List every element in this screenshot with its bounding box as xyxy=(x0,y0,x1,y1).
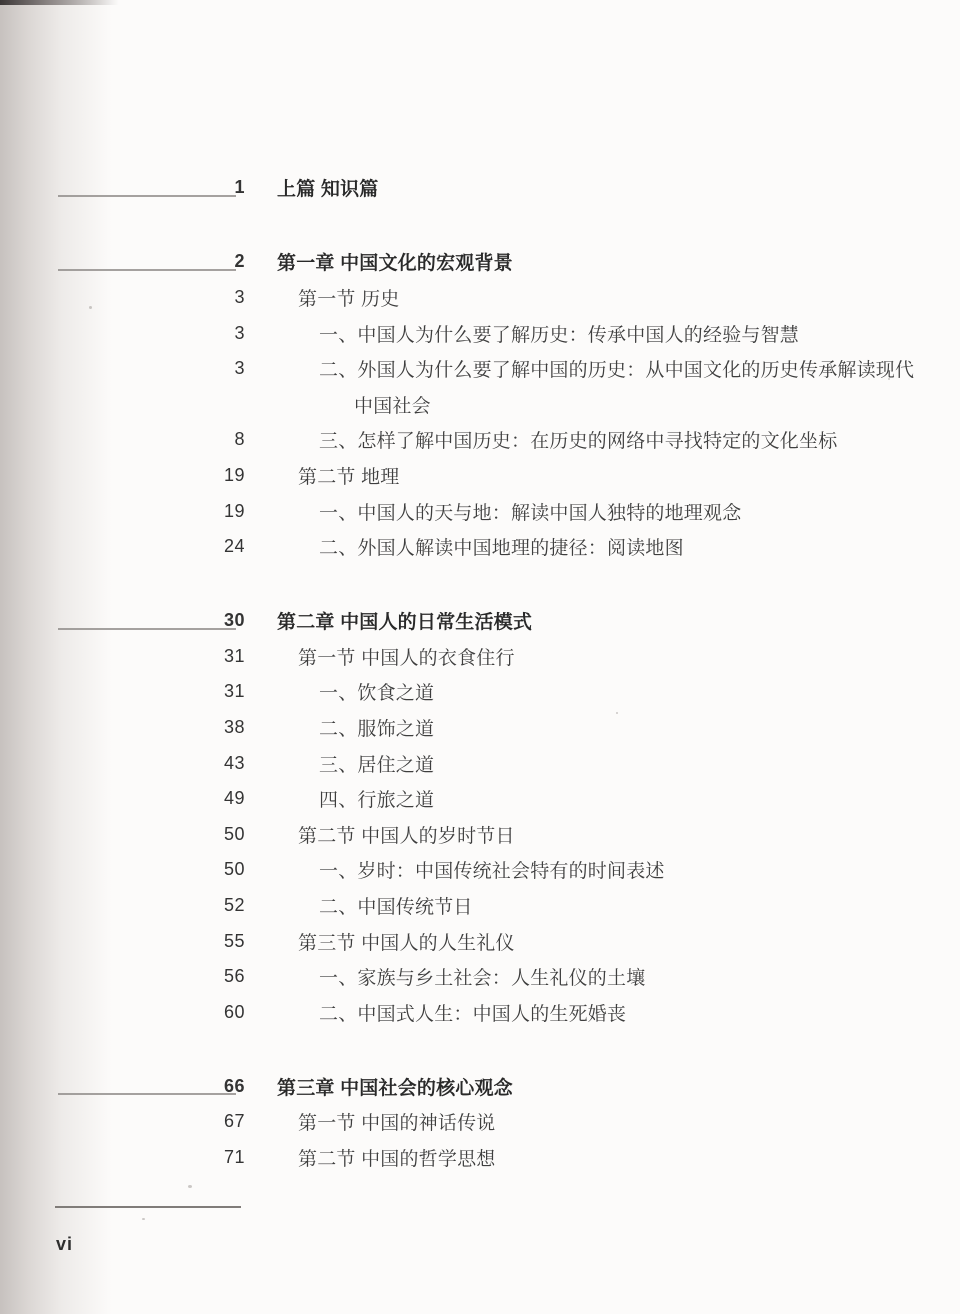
toc-page-number: 55 xyxy=(160,931,245,952)
toc-page-number: 31 xyxy=(160,681,245,702)
toc-page-number: 49 xyxy=(160,788,245,809)
toc-row: 60 二、中国式人生：中国人的生死婚丧 xyxy=(160,994,914,1030)
toc-page-number: 3 xyxy=(160,323,245,344)
toc-row: 50 第二节 中国人的岁时节日 xyxy=(160,817,914,853)
toc-page-number: 3 xyxy=(160,287,245,308)
toc-page-number: 19 xyxy=(160,501,245,522)
toc-entry-label: 第一节 历史 xyxy=(277,284,399,311)
toc-row: 30 第二章 中国人的日常生活模式 xyxy=(160,603,914,639)
toc-row: 66 第三章 中国社会的核心观念 xyxy=(160,1069,914,1105)
toc-entry-label: 二、服饰之道 xyxy=(277,714,434,741)
scan-speck xyxy=(142,1218,145,1220)
toc-entry-label: 三、居住之道 xyxy=(277,750,434,777)
toc-page-number: 3 xyxy=(160,358,245,379)
toc-entry-label: 三、怎样了解中国历史：在历史的网络中寻找特定的文化坐标 xyxy=(277,426,837,453)
toc-page-number: 56 xyxy=(160,966,245,987)
toc-page-number: 50 xyxy=(160,859,245,880)
toc-row: 1 上篇 知识篇 xyxy=(160,170,914,206)
toc-entry-label: 一、中国人为什么要了解历史：传承中国人的经验与智慧 xyxy=(277,320,799,347)
toc-entry-label: 四、行旅之道 xyxy=(277,785,434,812)
toc-row: 55 第三节 中国人的人生礼仪 xyxy=(160,923,914,959)
scan-speck xyxy=(89,306,92,309)
footer-page-number: vi xyxy=(56,1234,73,1255)
toc-entry-label: 一、岁时：中国传统社会特有的时间表述 xyxy=(277,856,665,883)
toc-page-number: 67 xyxy=(160,1111,245,1132)
toc-row: 31 一、饮食之道 xyxy=(160,674,914,710)
toc-entry-label: 二、外国人解读中国地理的捷径：阅读地图 xyxy=(277,533,684,560)
toc-entry-label: 一、家族与乡土社会：人生礼仪的土壤 xyxy=(277,963,645,990)
toc-row: 24 二、外国人解读中国地理的捷径：阅读地图 xyxy=(160,529,914,565)
toc-row: 50 一、岁时：中国传统社会特有的时间表述 xyxy=(160,852,914,888)
toc-entry-label: 第一节 中国人的衣食住行 xyxy=(277,643,515,670)
toc-entry-label: 第一节 中国的神话传说 xyxy=(277,1108,495,1135)
toc-row: 中国社会 xyxy=(160,386,914,422)
toc-page-number: 19 xyxy=(160,465,245,486)
toc-row: 43 三、居住之道 xyxy=(160,745,914,781)
toc-row: 52 二、中国传统节日 xyxy=(160,888,914,924)
toc-entry-label: 第三节 中国人的人生礼仪 xyxy=(277,928,515,955)
leader-line xyxy=(58,195,236,197)
toc-entry-label: 第二章 中国人的日常生活模式 xyxy=(277,607,532,634)
toc-entry-label: 第二节 中国的哲学思想 xyxy=(277,1144,495,1171)
toc-page-number: 31 xyxy=(160,646,245,667)
leader-line xyxy=(58,1093,236,1095)
toc-entry-label: 一、饮食之道 xyxy=(277,678,434,705)
leader-line xyxy=(58,628,236,630)
toc-page-number: 71 xyxy=(160,1147,245,1168)
toc-entry-label: 第三章 中国社会的核心观念 xyxy=(277,1073,513,1100)
toc-row: 49 四、行旅之道 xyxy=(160,781,914,817)
leader-line xyxy=(58,269,236,271)
toc-page-number: 8 xyxy=(160,429,245,450)
toc-page-number: 38 xyxy=(160,717,245,738)
toc-row: 19 第二节 地理 xyxy=(160,458,914,494)
toc-page-number: 24 xyxy=(160,536,245,557)
toc-row: 38 二、服饰之道 xyxy=(160,710,914,746)
toc-page-number: 52 xyxy=(160,895,245,916)
toc-entry-label: 二、中国传统节日 xyxy=(277,892,473,919)
toc-row: 3 一、中国人为什么要了解历史：传承中国人的经验与智慧 xyxy=(160,315,914,351)
toc-page-number: 60 xyxy=(160,1002,245,1023)
toc-entry-label: 第一章 中国文化的宏观背景 xyxy=(277,248,513,275)
toc-entry-label: 中国社会 xyxy=(277,391,431,418)
toc-entry-label: 上篇 知识篇 xyxy=(277,174,378,201)
toc-entry-label: 第二节 中国人的岁时节日 xyxy=(277,821,515,848)
toc-entry-label: 二、外国人为什么要了解中国的历史：从中国文化的历史传承解读现代 xyxy=(277,355,914,382)
toc-row: 71 第二节 中国的哲学思想 xyxy=(160,1140,914,1176)
toc-page-number: 43 xyxy=(160,753,245,774)
toc-page-number: 50 xyxy=(160,824,245,845)
toc-row: 19 一、中国人的天与地：解读中国人独特的地理观念 xyxy=(160,493,914,529)
toc-entry-label: 一、中国人的天与地：解读中国人独特的地理观念 xyxy=(277,498,741,525)
scan-left-shadow xyxy=(0,0,112,1314)
toc-row: 67 第一节 中国的神话传说 xyxy=(160,1104,914,1140)
toc-row: 2 第一章 中国文化的宏观背景 xyxy=(160,244,914,280)
toc-row: 31 第一节 中国人的衣食住行 xyxy=(160,639,914,675)
toc-list: 1 上篇 知识篇 2 第一章 中国文化的宏观背景 3 第一节 历史 3 一、中国… xyxy=(160,170,914,1175)
toc-row: 56 一、家族与乡土社会：人生礼仪的土壤 xyxy=(160,959,914,995)
toc-row: 3 二、外国人为什么要了解中国的历史：从中国文化的历史传承解读现代 xyxy=(160,351,914,387)
footer-rule xyxy=(55,1206,241,1208)
toc-entry-label: 第二节 地理 xyxy=(277,462,399,489)
toc-row: 8 三、怎样了解中国历史：在历史的网络中寻找特定的文化坐标 xyxy=(160,422,914,458)
scan-speck xyxy=(188,1185,192,1188)
toc-row: 3 第一节 历史 xyxy=(160,280,914,316)
toc-entry-label: 二、中国式人生：中国人的生死婚丧 xyxy=(277,999,626,1026)
scan-top-edge xyxy=(0,0,125,5)
